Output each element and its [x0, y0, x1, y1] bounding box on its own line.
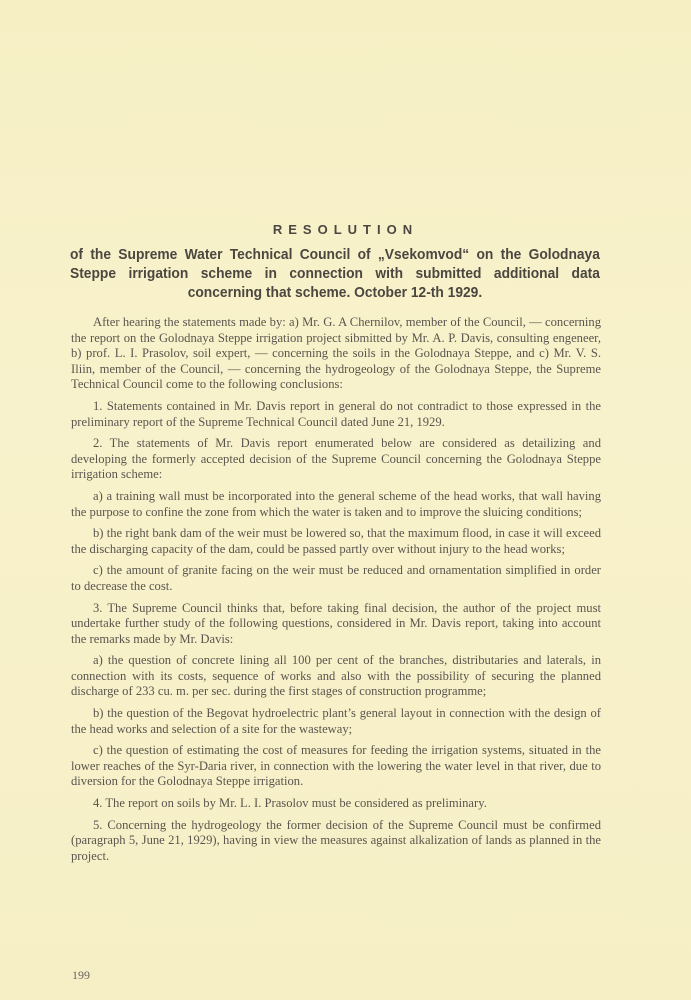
paragraph-intro: After hearing the statements made by: a)… — [71, 315, 601, 393]
document-subtitle: of the Supreme Water Technical Council o… — [70, 245, 600, 302]
paragraph-2a: a) a training wall must be incorporated … — [71, 489, 601, 520]
page-number: 199 — [72, 968, 90, 983]
paragraph-2c: c) the amount of granite facing on the w… — [71, 563, 601, 594]
paragraph-1: 1. Statements contained in Mr. Davis rep… — [71, 399, 601, 430]
paragraph-5: 5. Concerning the hydrogeology the forme… — [71, 818, 601, 865]
paragraph-3b: b) the question of the Begovat hydroelec… — [71, 706, 601, 737]
paragraph-4: 4. The report on soils by Mr. L. I. Pras… — [71, 796, 601, 812]
paragraph-2: 2. The statements of Mr. Davis report en… — [71, 436, 601, 483]
document-body: After hearing the statements made by: a)… — [71, 315, 601, 870]
paragraph-3c: c) the question of estimating the cost o… — [71, 743, 601, 790]
paragraph-3: 3. The Supreme Council thinks that, befo… — [71, 601, 601, 648]
document-page: RESOLUTION of the Supreme Water Technica… — [0, 0, 691, 1000]
paragraph-2b: b) the right bank dam of the weir must b… — [71, 526, 601, 557]
paragraph-3a: a) the question of concrete lining all 1… — [71, 653, 601, 700]
document-title: RESOLUTION — [0, 222, 691, 237]
